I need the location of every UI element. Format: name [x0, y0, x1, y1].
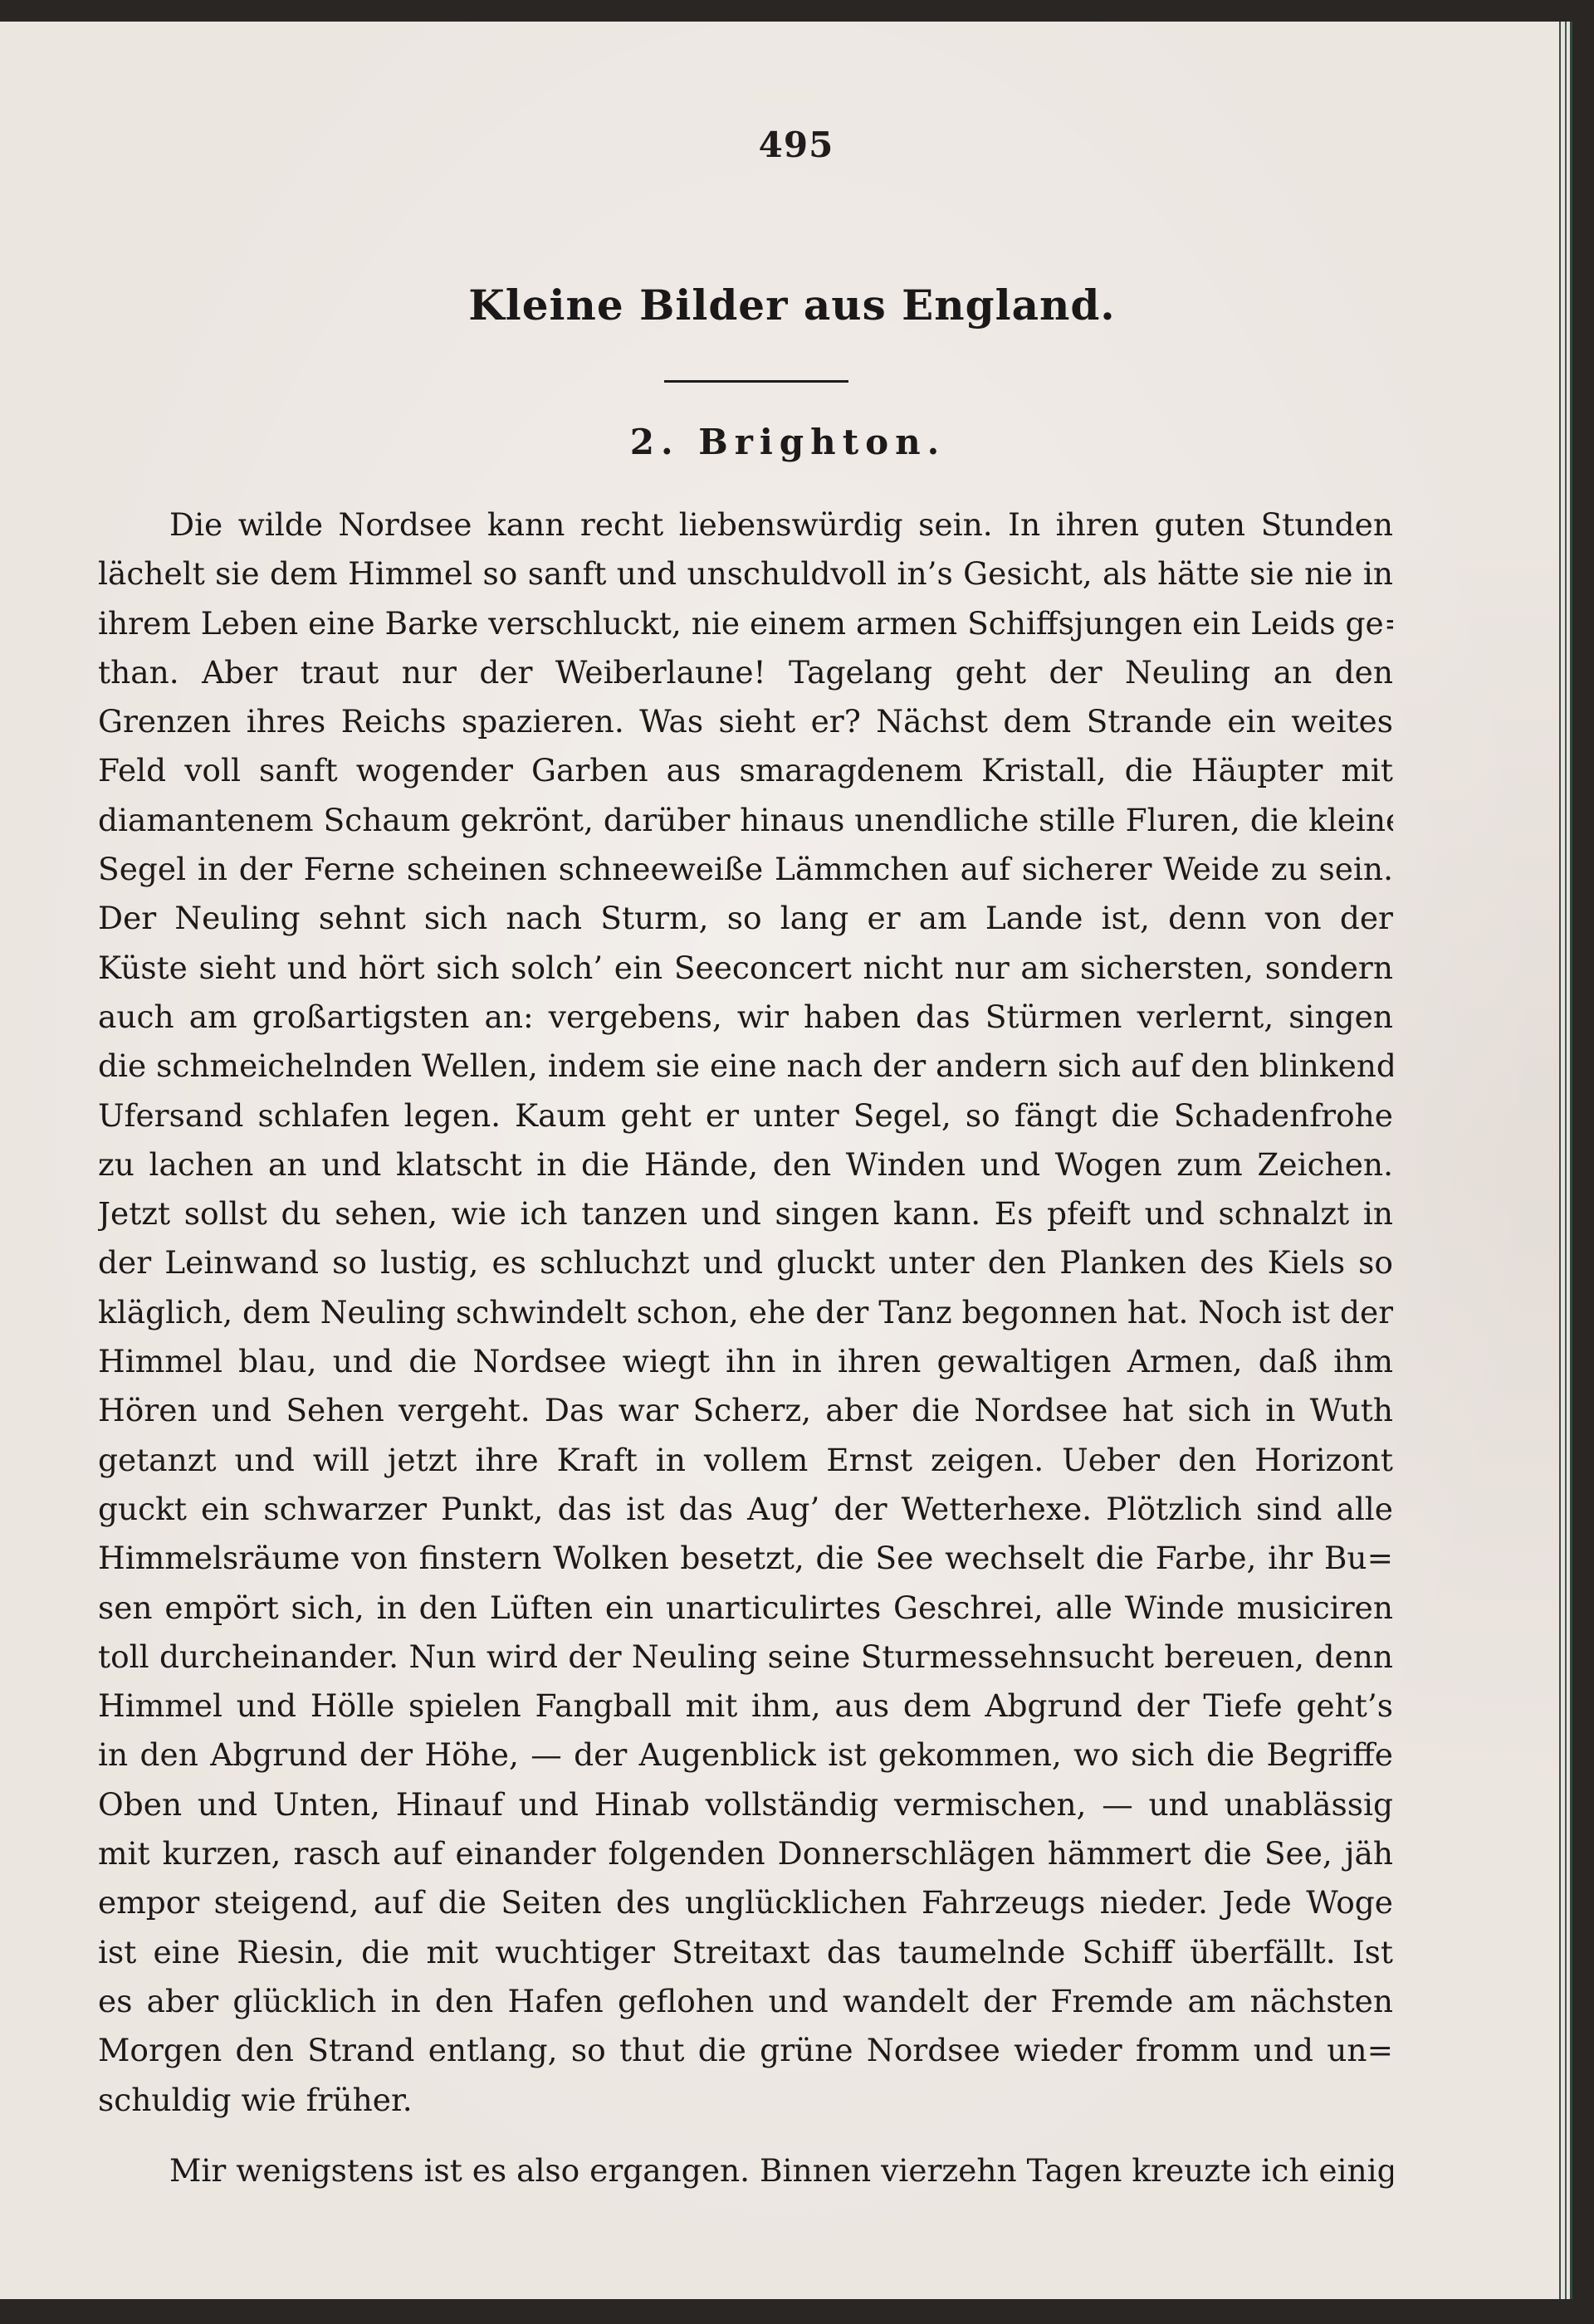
text-line: ist eine Riesin, die mit wuchtiger Strei… — [98, 1928, 1393, 1977]
text-line: Segel in der Ferne scheinen schneeweiße … — [98, 845, 1393, 894]
page-number: 495 — [0, 124, 1567, 165]
section-title: 2. Brighton. — [0, 422, 1567, 462]
text-line: getanzt und will jetzt ihre Kraft in vol… — [98, 1436, 1393, 1485]
text-line: kläglich, dem Neuling schwindelt schon, … — [98, 1288, 1393, 1337]
body-text: Die wilde Nordsee kann recht liebenswürd… — [98, 500, 1393, 2195]
paragraph-gap — [98, 2125, 1393, 2146]
text-line: sen empört sich, in den Lüften ein unart… — [98, 1584, 1393, 1633]
text-line: auch am großartigsten an: vergebens, wir… — [98, 993, 1393, 1042]
text-line: Die wilde Nordsee kann recht liebenswürd… — [98, 500, 1393, 549]
paragraph-2: Mir wenigstens ist es also ergangen. Bin… — [98, 2146, 1393, 2195]
text-line: lächelt sie dem Himmel so sanft und unsc… — [98, 549, 1393, 598]
text-line: Mir wenigstens ist es also ergangen. Bin… — [98, 2146, 1393, 2195]
text-line: der Leinwand so lustig, es schluchzt und… — [98, 1238, 1393, 1287]
text-line: zu lachen an und klatscht in die Hände, … — [98, 1140, 1393, 1189]
text-line: mit kurzen, rasch auf einander folgenden… — [98, 1829, 1393, 1878]
text-line: Oben und Unten, Hinauf und Hinab vollstä… — [98, 1780, 1393, 1829]
text-line: diamantenem Schaum gekrönt, darüber hina… — [98, 796, 1393, 845]
title-divider-rule — [664, 380, 848, 383]
text-line: Himmel blau, und die Nordsee wiegt ihn i… — [98, 1337, 1393, 1386]
text-line: ihrem Leben eine Barke verschluckt, nie … — [98, 599, 1393, 648]
text-line: empor steigend, auf die Seiten des unglü… — [98, 1878, 1393, 1927]
text-line: Grenzen ihres Reichs spazieren. Was sieh… — [98, 697, 1393, 746]
text-line: than. Aber traut nur der Weiberlaune! Ta… — [98, 648, 1393, 697]
text-line: schuldig wie früher. — [98, 2076, 1393, 2125]
text-line: Feld voll sanft wogender Garben aus smar… — [98, 746, 1393, 795]
text-line: toll durcheinander. Nun wird der Neuling… — [98, 1633, 1393, 1682]
chapter-title: Kleine Bilder aus England. — [0, 281, 1567, 330]
text-line: Der Neuling sehnt sich nach Sturm, so la… — [98, 894, 1393, 943]
text-line: Himmel und Hölle spielen Fangball mit ih… — [98, 1682, 1393, 1731]
paragraph-1: Die wilde Nordsee kann recht liebenswürd… — [98, 500, 1393, 2125]
page-stack-edge — [1559, 22, 1572, 2299]
text-line: guckt ein schwarzer Punkt, das ist das A… — [98, 1485, 1393, 1534]
text-line: Küste sieht und hört sich solch’ ein See… — [98, 944, 1393, 993]
text-line: in den Abgrund der Höhe, — der Augenblic… — [98, 1731, 1393, 1780]
text-line: Ufersand schlafen legen. Kaum geht er un… — [98, 1091, 1393, 1140]
text-line: es aber glücklich in den Hafen geflohen … — [98, 1977, 1393, 2026]
text-line: Jetzt sollst du sehen, wie ich tanzen un… — [98, 1189, 1393, 1238]
text-line: Morgen den Strand entlang, so thut die g… — [98, 2026, 1393, 2075]
text-line: die schmeichelnden Wellen, indem sie ein… — [98, 1042, 1393, 1091]
text-line: Himmelsräume von finstern Wolken besetzt… — [98, 1534, 1393, 1583]
text-line: Hören und Sehen vergeht. Das war Scherz,… — [98, 1386, 1393, 1435]
